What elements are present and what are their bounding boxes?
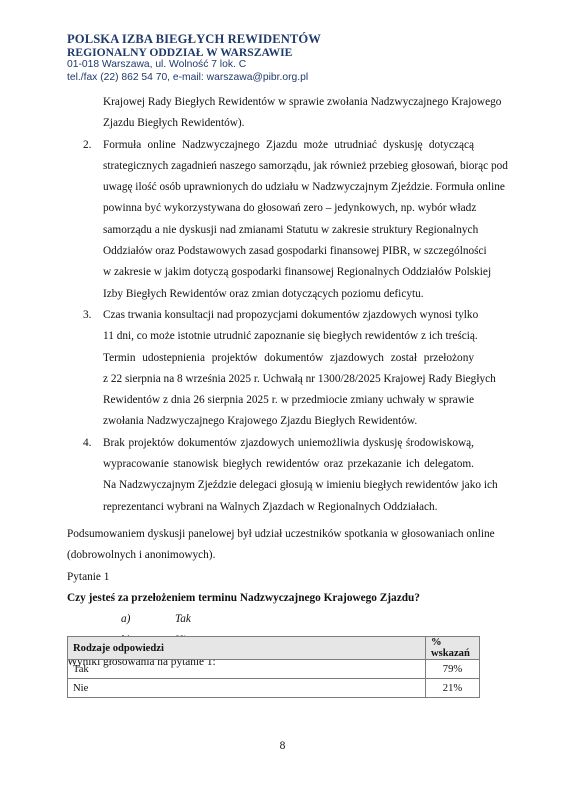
organization-name: POLSKA IZBA BIEGŁYCH REWIDENTÓW (67, 32, 487, 46)
text-line: Na Nadzwyczajnym Zjeździe delegaci głosu… (103, 475, 474, 496)
text-line: Termin udostepnienia projektów dokumentó… (103, 348, 474, 369)
text-line: Krajowej Rady Biegłych Rewidentów w spra… (103, 92, 474, 113)
list-number: 3. (83, 305, 91, 326)
text-line: zwołania Nadzwyczajnego Krajowego Zjazdu… (103, 411, 474, 432)
list-item-4: 4. Brak projektów dokumentów zjazdowych … (67, 433, 474, 518)
contact-info: tel./fax (22) 862 54 70, e-mail: warszaw… (67, 72, 487, 85)
option-marker: a) (121, 609, 130, 630)
page-number: 8 (0, 740, 565, 752)
text-line: w zakresie w jakim dotyczą gospodarki fi… (103, 262, 474, 283)
list-item-continuation: Krajowej Rady Biegłych Rewidentów w spra… (67, 92, 474, 135)
text-line: Rewidentów z dnia 26 sierpnia 2025 r. w … (103, 390, 474, 411)
letterhead: POLSKA IZBA BIEGŁYCH REWIDENTÓW REGIONAL… (67, 32, 487, 84)
list-item-2: 2. Formuła online Nadzwyczajnego Zjazdu … (67, 135, 474, 305)
list-item-3: 3. Czas trwania konsultacji nad propozyc… (67, 305, 474, 433)
list-number: 2. (83, 135, 91, 156)
text-line: Podsumowaniem dyskusji panelowej był udz… (67, 524, 474, 545)
text-line: strategicznych zagadnień naszego samorzą… (103, 156, 474, 177)
text-line: (dobrowolnych i anonimowych). (67, 545, 474, 566)
table-row: Nie 21% (68, 679, 480, 698)
answer-cell: Nie (68, 679, 426, 698)
answer-cell: Tak (68, 660, 426, 679)
text-line: reprezentanci wybrani na Walnych Zjazdac… (103, 497, 474, 518)
column-header-answer: Rodzaje odpowiedzi (68, 637, 426, 660)
text-line: Zjazdu Biegłych Rewidentów). (103, 113, 474, 134)
table-header-row: Rodzaje odpowiedzi % wskazań (68, 637, 480, 660)
text-line: Czas trwania konsultacji nad propozycjam… (103, 305, 474, 326)
text-line: Brak projektów dokumentów zjazdowych uni… (103, 433, 474, 454)
text-line: Oddziałów oraz Podstawowych zasad gospod… (103, 241, 474, 262)
text-line: z 22 sierpnia na 8 września 2025 r. Uchw… (103, 369, 474, 390)
results-table: Rodzaje odpowiedzi % wskazań Tak 79% Nie… (67, 636, 480, 698)
percent-cell: 79% (426, 660, 480, 679)
list-number: 4. (83, 433, 91, 454)
text-line: wypracowanie stanowisk biegłych rewident… (103, 454, 474, 475)
question-text: Czy jesteś za przełożeniem terminu Nadzw… (67, 588, 474, 609)
text-line: 11 dni, co może istotnie utrudnić zapozn… (103, 326, 474, 347)
address: 01-018 Warszawa, ul. Wolność 7 lok. C (67, 59, 487, 72)
document-body: Krajowej Rady Biegłych Rewidentów w spra… (67, 92, 474, 673)
text-line: Formuła online Nadzwyczajnego Zjazdu moż… (103, 135, 474, 156)
answer-option: a) Tak (67, 609, 474, 630)
text-line: Izby Biegłych Rewidentów oraz zmian doty… (103, 284, 474, 305)
summary-paragraph: Podsumowaniem dyskusji panelowej był udz… (67, 524, 474, 567)
option-text: Tak (175, 613, 191, 625)
document-page: POLSKA IZBA BIEGŁYCH REWIDENTÓW REGIONAL… (0, 0, 565, 800)
table-row: Tak 79% (68, 660, 480, 679)
text-line: uwagę ilość osób uprawnionych do udziału… (103, 177, 474, 198)
question-label: Pytanie 1 (67, 567, 474, 588)
text-line: samorządu a nie dyskusji nad zmianami St… (103, 220, 474, 241)
percent-cell: 21% (426, 679, 480, 698)
branch-name: REGIONALNY ODDZIAŁ W WARSZAWIE (67, 46, 487, 59)
text-line: powinna być wykorzystywana do głosowań z… (103, 198, 474, 219)
column-header-percent: % wskazań (426, 637, 480, 660)
